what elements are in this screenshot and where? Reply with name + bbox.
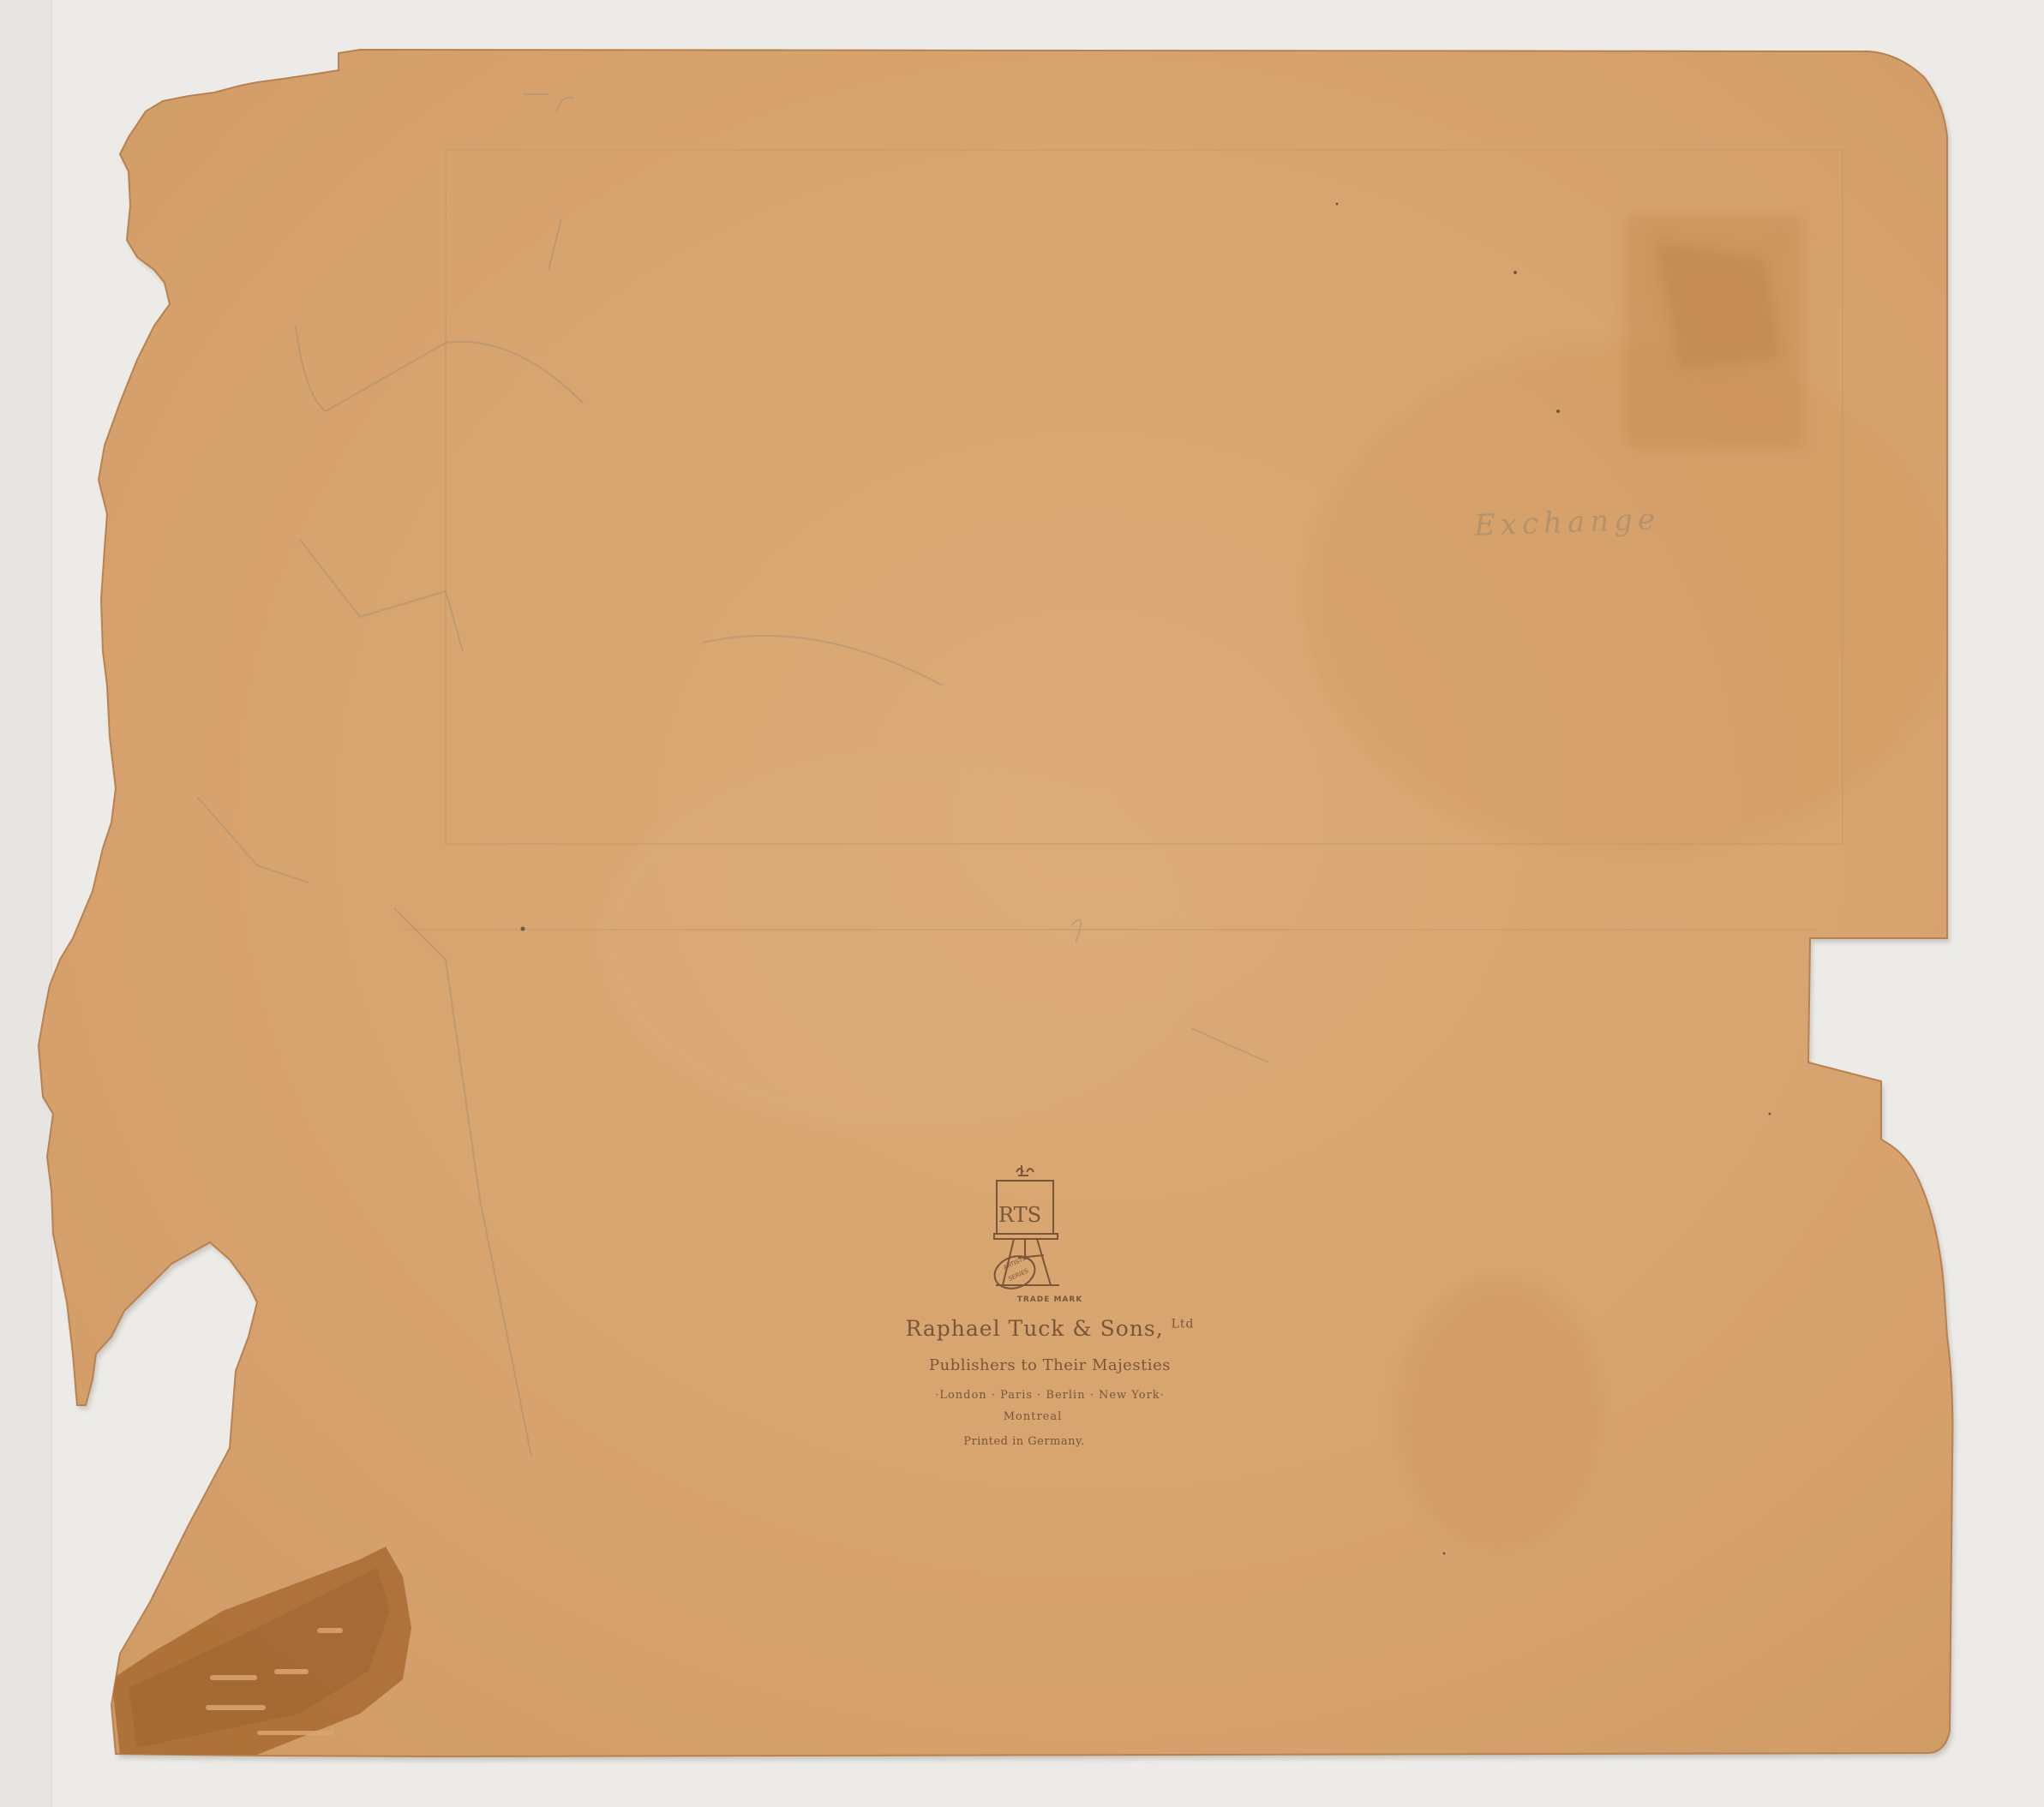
publisher-name: Raphael Tuck & Sons, Ltd [857, 1316, 1243, 1341]
publisher-suffix: Ltd [1172, 1318, 1195, 1331]
royal-appointment: Publishers to Their Majesties [857, 1356, 1243, 1374]
trademark-monogram: RTS [998, 1203, 1041, 1227]
stamp-residue [1624, 214, 1804, 450]
svg-text:RTS: RTS [998, 1203, 1041, 1227]
office-city-montreal: Montreal [840, 1410, 1226, 1423]
printed-in-germany: Printed in Germany. [831, 1435, 1217, 1448]
office-cities: ·London · Paris · Berlin · New York· [857, 1389, 1243, 1402]
pencil-annotation: Exchange [1473, 502, 1660, 543]
trademark-label: TRADE MARK [857, 1295, 1243, 1304]
publisher-name-text: Raphael Tuck & Sons, [905, 1316, 1163, 1341]
card-back: RTS ARTISTIC SERIES [0, 0, 2044, 1807]
